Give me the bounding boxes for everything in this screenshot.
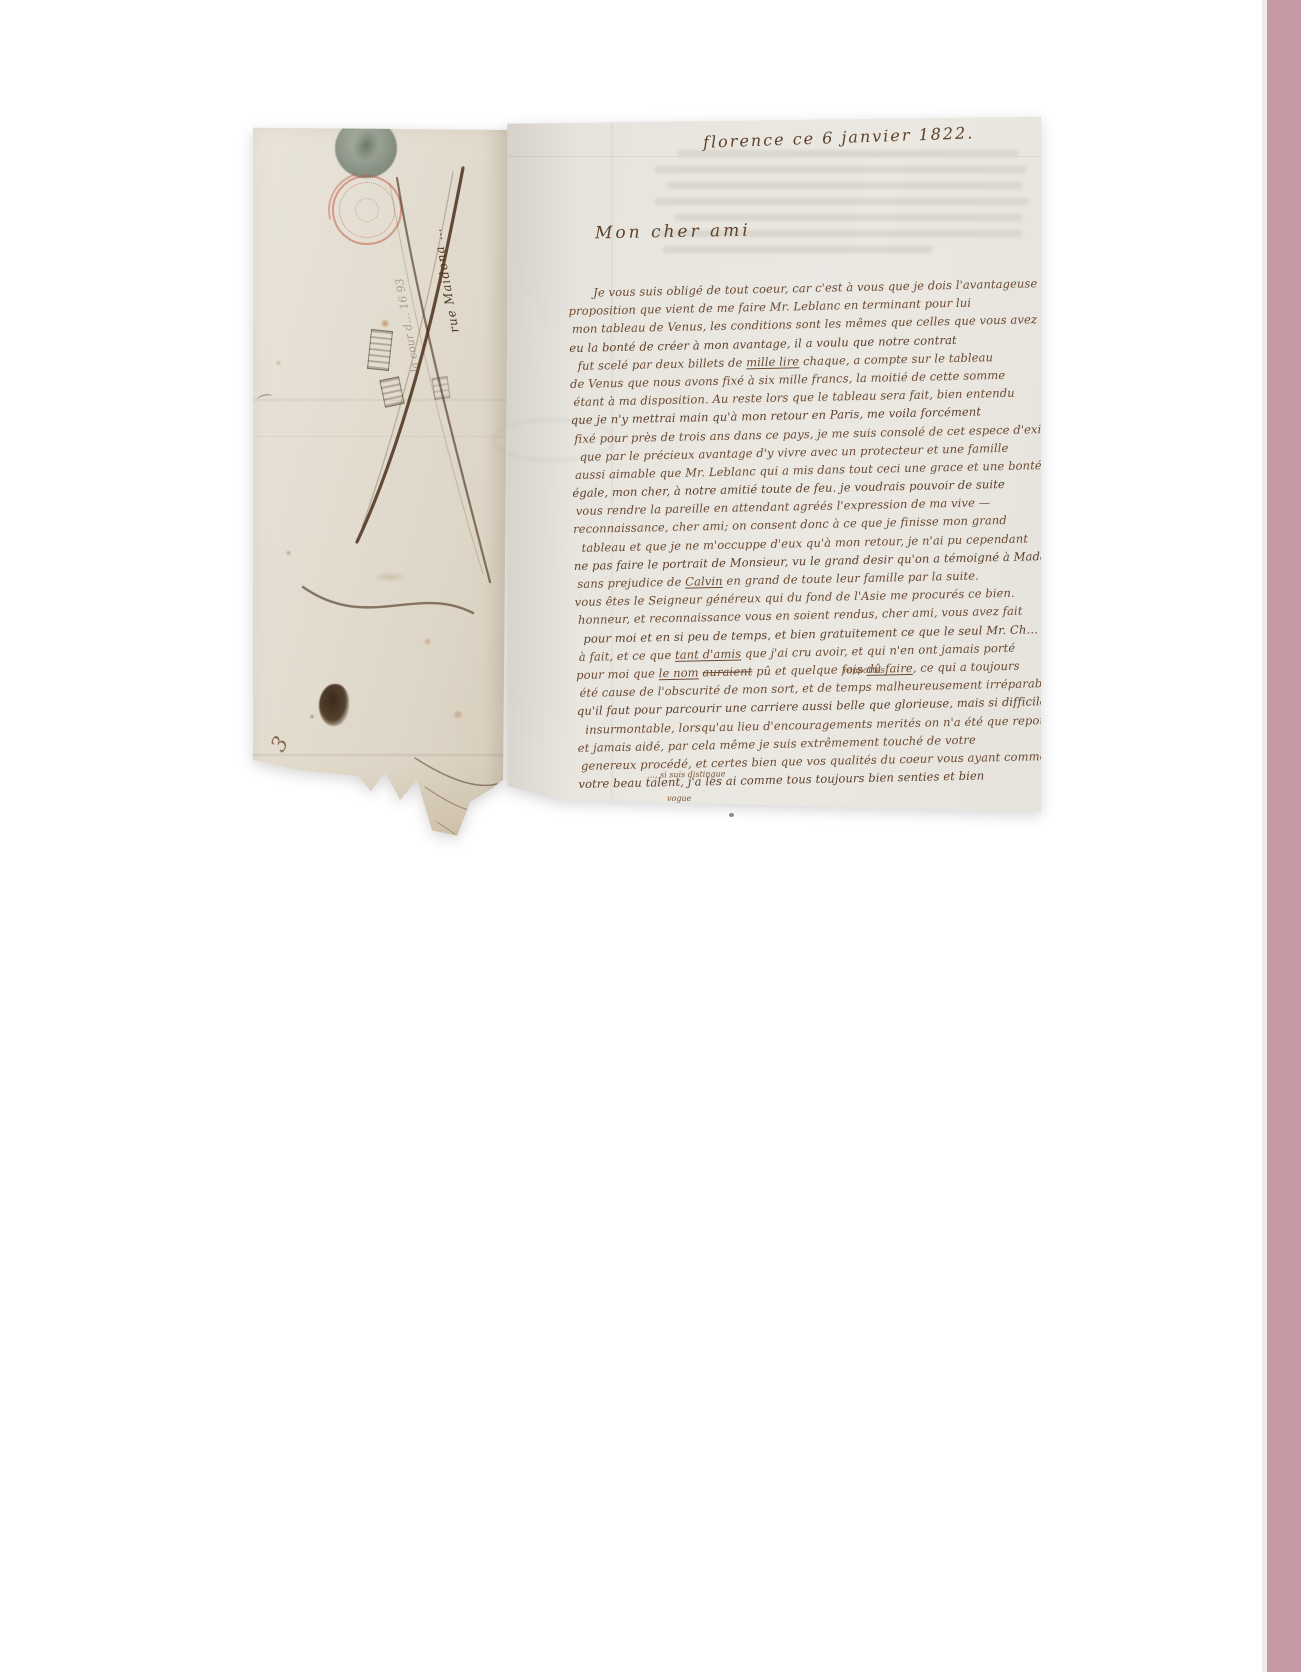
bleedthrough-line bbox=[655, 198, 1029, 205]
dateline: florence ce 6 janvier 1822. bbox=[703, 123, 975, 151]
paper-watermark bbox=[492, 418, 616, 462]
bleedthrough-line bbox=[678, 150, 1018, 157]
bleedthrough-line bbox=[674, 214, 1021, 221]
letter-body: Je vous suis obligé de tout coeur, car c… bbox=[571, 274, 1041, 793]
auction-photo: rue Maidona … la cour d… 16 93 à Monsieu… bbox=[0, 0, 1301, 1672]
bleedthrough-line bbox=[655, 166, 1026, 173]
cancellation-strokes bbox=[247, 122, 509, 844]
interlinear-correction: rapportés bbox=[843, 666, 885, 677]
interlinear-insertion: vogue bbox=[667, 794, 691, 803]
interlinear-insertion: …, si suis distingue bbox=[647, 769, 726, 779]
bleedthrough-text bbox=[655, 150, 1041, 262]
bleedthrough-line bbox=[667, 182, 1022, 189]
address-leaf: rue Maidona … la cour d… 16 93 à Monsieu… bbox=[247, 122, 509, 844]
bleedthrough-line bbox=[663, 246, 933, 253]
letter-leaf: florence ce 6 janvier 1822. Mon cher ami… bbox=[505, 116, 1041, 816]
salutation: Mon cher ami bbox=[595, 221, 751, 244]
letter-photograph: rue Maidona … la cour d… 16 93 à Monsieu… bbox=[0, 0, 1301, 900]
dust-speck bbox=[729, 813, 734, 817]
fold-shading bbox=[505, 116, 577, 816]
